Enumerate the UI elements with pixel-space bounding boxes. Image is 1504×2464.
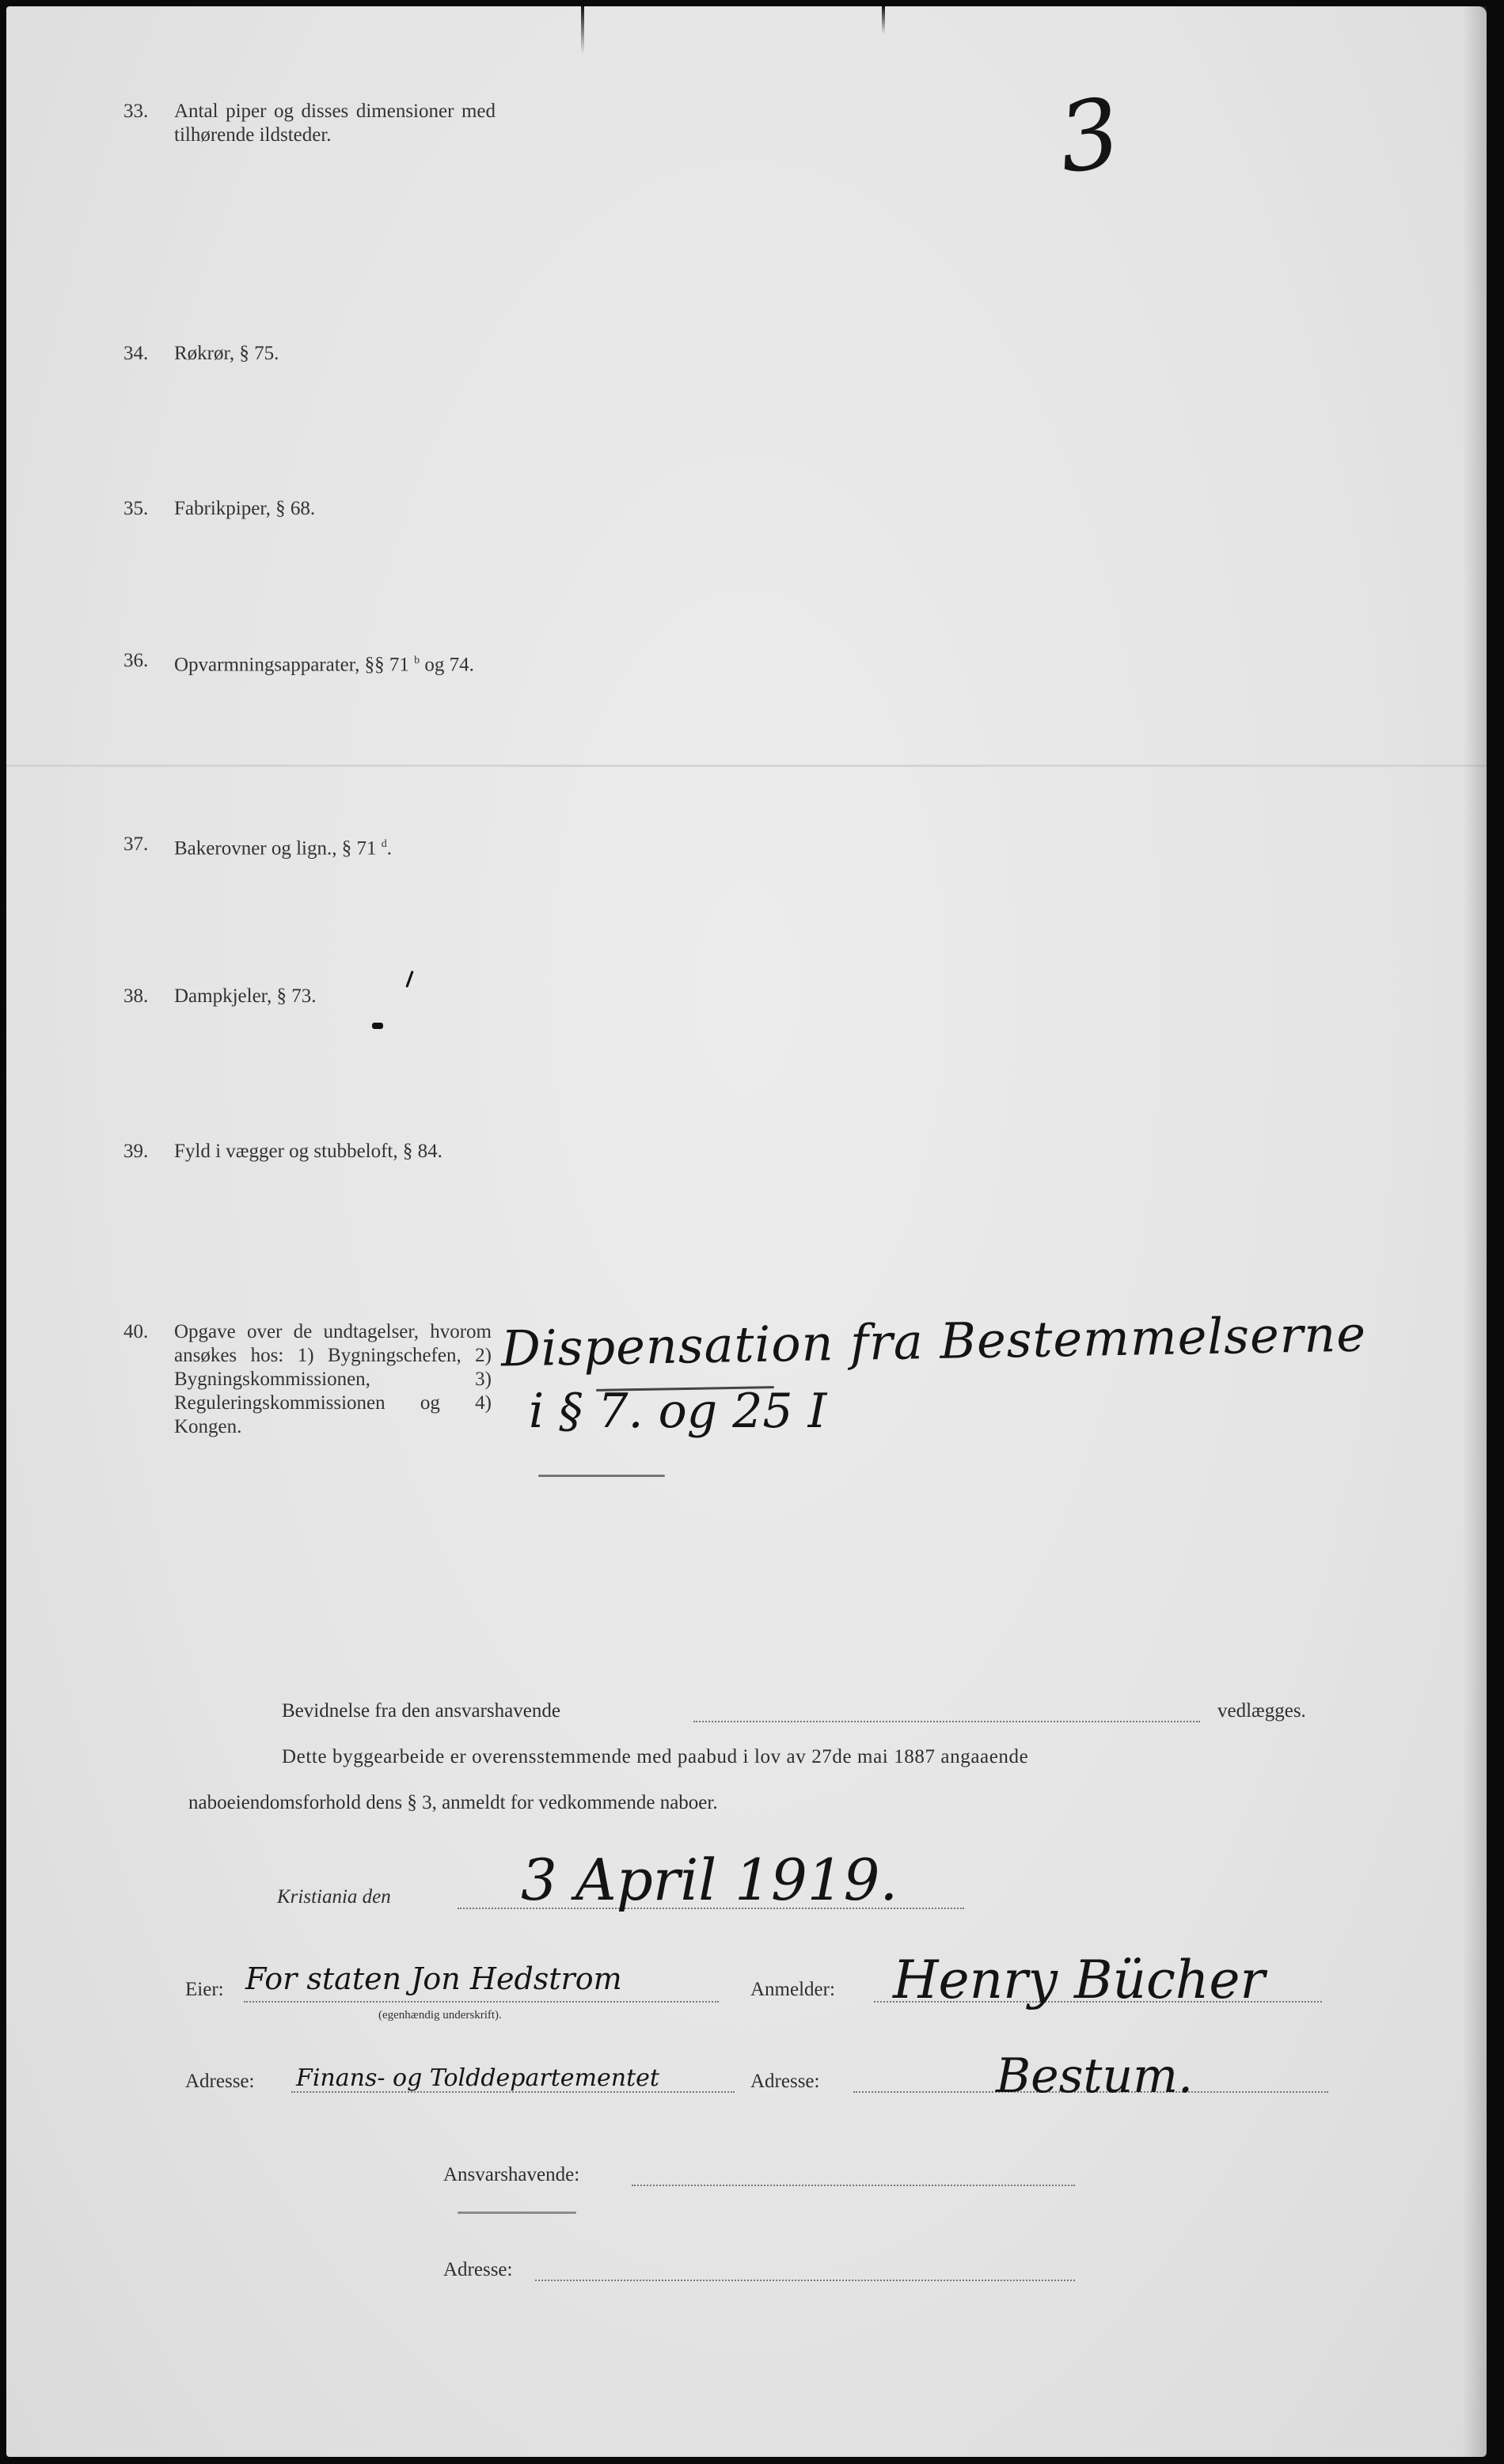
- ansvarshavende-dotted-line: [693, 1721, 1200, 1722]
- form-page: 3 33. Antal piper og disses dimensioner …: [6, 6, 1487, 2457]
- date-value: 3 April 1919.: [521, 1847, 898, 1913]
- ink-mark: [372, 1023, 383, 1029]
- responsible-address-dotted-line: [535, 2280, 1075, 2281]
- item-number: 33.: [123, 100, 163, 123]
- date-label: Kristiania den: [277, 1886, 391, 1908]
- item-number: 37.: [123, 833, 163, 856]
- item-label-tail: .: [387, 837, 392, 859]
- owner-caption: (egenhændig underskrift).: [378, 2009, 502, 2022]
- item-label-main: Bakerovner og lign., § 71: [174, 837, 377, 859]
- form-item-34: 34. Røkrør, § 75.: [123, 342, 496, 366]
- item-40-entry-line1: Dispensation fra Bestemmelserne: [500, 1304, 1366, 1377]
- owner-label: Eier:: [185, 1979, 224, 2001]
- responsible-label: Ansvarshavende:: [443, 2164, 579, 2186]
- item-number: 35.: [123, 497, 163, 521]
- item-label: Bakerovner og lign., § 71 d.: [174, 833, 496, 860]
- owner-signature: For staten Jon Hedstrom: [245, 1961, 622, 1996]
- item-label: Røkrør, § 75.: [174, 342, 496, 366]
- applicant-address-label: Adresse:: [750, 2071, 819, 2093]
- fold-line: [6, 765, 1487, 767]
- declaration-line1-start: Bevidnelse fra den ansvarshavende: [282, 1700, 560, 1722]
- responsible-dotted-line: [632, 2185, 1075, 2186]
- applicant-address: Bestum.: [996, 2048, 1193, 2104]
- owner-address-label: Adresse:: [185, 2071, 254, 2093]
- applicant-signature: Henry Bücher: [893, 1950, 1265, 2010]
- declaration-line2: Dette byggearbeide er overensstemmende m…: [282, 1746, 1028, 1768]
- form-item-36: 36. Opvarmningsapparater, §§ 71 b og 74.: [123, 649, 496, 677]
- item-label-sup: d: [382, 838, 387, 850]
- item-number: 40.: [123, 1320, 163, 1344]
- declaration-line1-end: vedlægges.: [1217, 1700, 1306, 1722]
- item-number: 39.: [123, 1140, 163, 1164]
- owner-address: Finans- og Tolddepartementet: [296, 2064, 659, 2092]
- item-label: Dampkjeler, § 73.: [174, 985, 496, 1008]
- item-label: Antal piper og disses dimensioner med ti…: [174, 100, 496, 147]
- ink-smudge: [458, 2212, 576, 2214]
- form-item-38: 38. Dampkjeler, § 73.: [123, 985, 496, 1008]
- item-number: 34.: [123, 342, 163, 366]
- crease-mark: [581, 6, 584, 54]
- ink-underline: [538, 1475, 665, 1477]
- responsible-address-label: Adresse:: [443, 2259, 512, 2281]
- item-label: Fyld i vægger og stubbeloft, § 84.: [174, 1140, 496, 1164]
- form-item-33: 33. Antal piper og disses dimensioner me…: [123, 100, 496, 147]
- owner-dotted-line: [244, 2001, 719, 2003]
- paper-edge-shadow: [1463, 6, 1487, 2457]
- form-item-35: 35. Fabrikpiper, § 68.: [123, 497, 496, 521]
- item-label-tail: og 74.: [420, 654, 474, 675]
- item-number: 36.: [123, 649, 163, 673]
- form-item-40: 40. Opgave over de undtagelser, hvorom a…: [123, 1320, 492, 1439]
- item-label: Fabrikpiper, § 68.: [174, 497, 496, 521]
- form-item-39: 39. Fyld i vægger og stubbeloft, § 84.: [123, 1140, 496, 1164]
- item-label: Opvarmningsapparater, §§ 71 b og 74.: [174, 649, 496, 677]
- declaration-line3: naboeiendomsforhold dens § 3, anmeldt fo…: [188, 1792, 718, 1814]
- applicant-label: Anmelder:: [750, 1979, 835, 2001]
- item-label-main: Opvarmningsapparater, §§ 71: [174, 654, 409, 675]
- item-40-entry-line2: i § 7. og 25 I: [529, 1384, 826, 1439]
- crease-mark: [882, 6, 885, 34]
- item-label: Opgave over de undtagelser, hvorom ansøk…: [174, 1320, 492, 1439]
- form-item-37: 37. Bakerovner og lign., § 71 d.: [123, 833, 496, 860]
- item-number: 38.: [123, 985, 163, 1008]
- page-number-handwritten: 3: [1052, 78, 1127, 195]
